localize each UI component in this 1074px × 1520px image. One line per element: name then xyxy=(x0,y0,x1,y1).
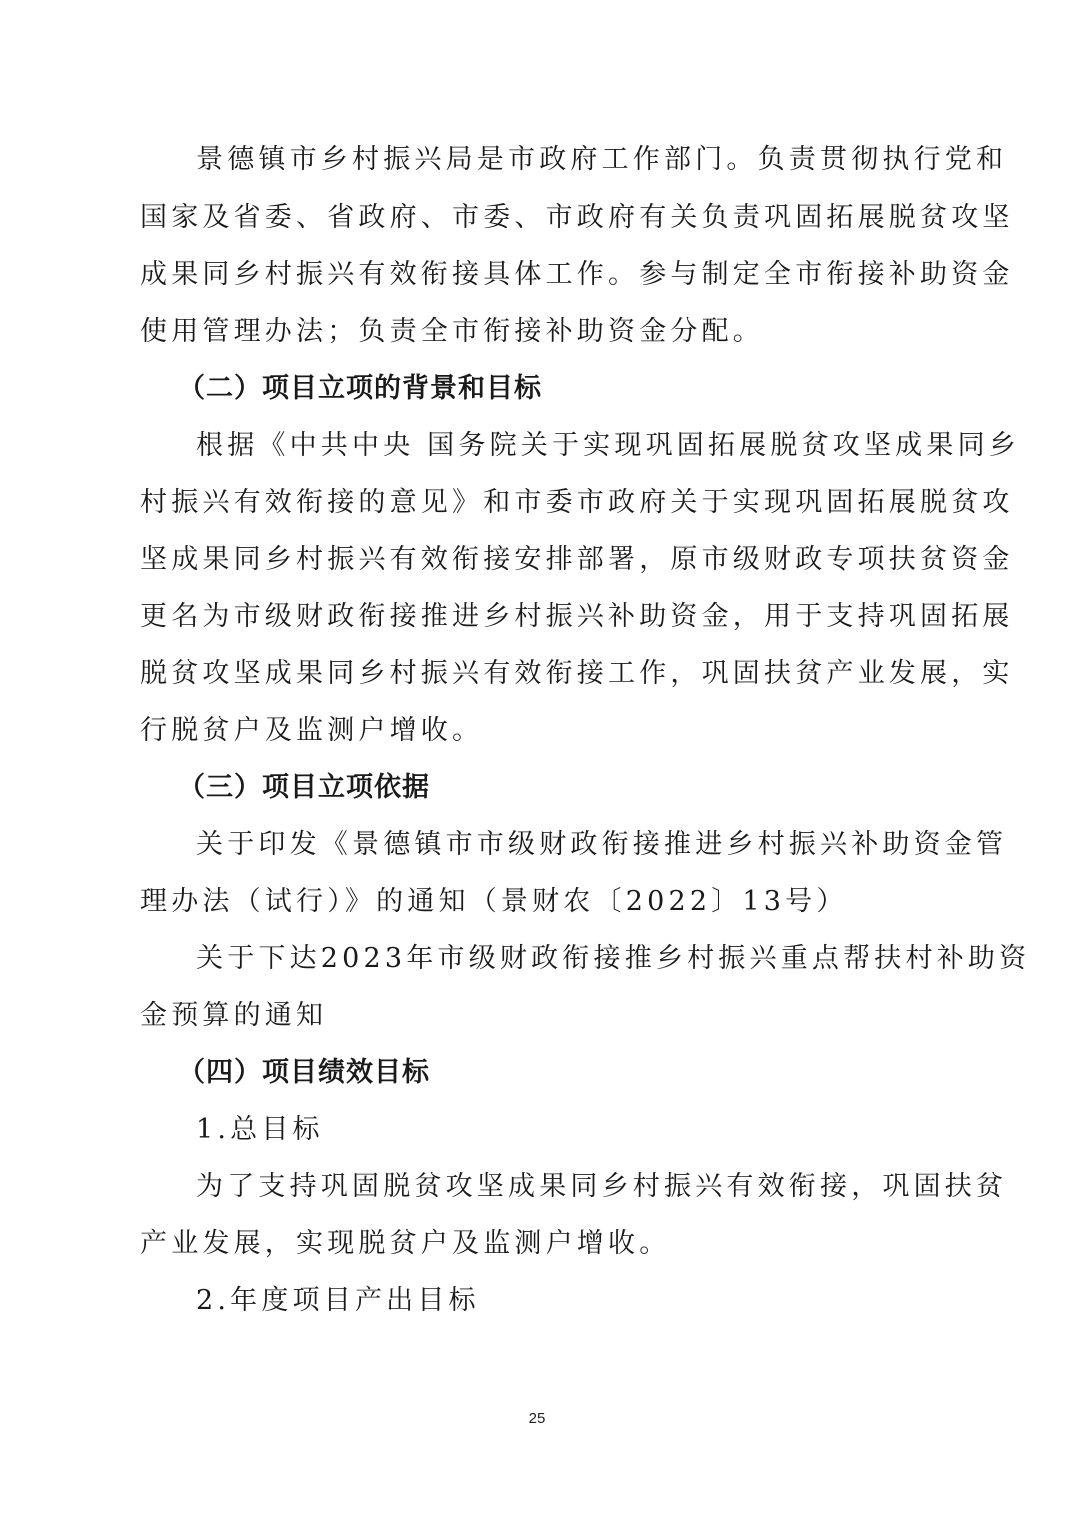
paragraph-line: 行脱贫户及监测户增收。 xyxy=(140,713,950,749)
paragraph-line: 关于下达2023年市级财政衔接推乡村振兴重点帮扶村补助资 xyxy=(196,941,950,977)
paragraph-line: 脱贫攻坚成果同乡村振兴有效衔接工作，巩固扶贫产业发展，实 xyxy=(140,656,950,692)
page-number: 25 xyxy=(0,1410,1074,1427)
paragraph-line: 产业发展，实现脱贫户及监测户增收。 xyxy=(140,1226,950,1262)
paragraph-line: 国家及省委、省政府、市委、市政府有关负责巩固拓展脱贫攻坚 xyxy=(140,200,950,236)
paragraph-line: 景德镇市乡村振兴局是市政府工作部门。负责贯彻执行党和 xyxy=(196,142,950,178)
paragraph-line: 使用管理办法；负责全市衔接补助资金分配。 xyxy=(140,314,950,350)
paragraph-line: 成果同乡村振兴有效衔接具体工作。参与制定全市衔接补助资金 xyxy=(140,257,950,293)
paragraph-line: 金预算的通知 xyxy=(140,998,950,1034)
paragraph-line: 理办法（试行）》的通知（景财农〔2022〕13号） xyxy=(140,884,950,920)
subheading-total-goal: 1.总目标 xyxy=(196,1112,950,1148)
paragraph-line: 根据《中共中央 国务院关于实现巩固拓展脱贫攻坚成果同乡 xyxy=(196,428,950,464)
subheading-annual-output-goal: 2.年度项目产出目标 xyxy=(196,1283,950,1319)
paragraph-line: 更名为市级财政衔接推进乡村振兴补助资金，用于支持巩固拓展 xyxy=(140,599,950,635)
section-heading-2: （二）项目立项的背景和目标 xyxy=(178,371,988,407)
section-heading-3: （三）项目立项依据 xyxy=(178,770,988,806)
section-heading-4: （四）项目绩效目标 xyxy=(178,1055,988,1091)
paragraph-line: 为了支持巩固脱贫攻坚成果同乡村振兴有效衔接，巩固扶贫 xyxy=(196,1169,950,1205)
paragraph-line: 坚成果同乡村振兴有效衔接安排部署，原市级财政专项扶贫资金 xyxy=(140,542,950,578)
paragraph-line: 村振兴有效衔接的意见》和市委市政府关于实现巩固拓展脱贫攻 xyxy=(140,485,950,521)
paragraph-line: 关于印发《景德镇市市级财政衔接推进乡村振兴补助资金管 xyxy=(196,827,950,863)
document-page: 景德镇市乡村振兴局是市政府工作部门。负责贯彻执行党和 国家及省委、省政府、市委、… xyxy=(0,0,1074,1520)
